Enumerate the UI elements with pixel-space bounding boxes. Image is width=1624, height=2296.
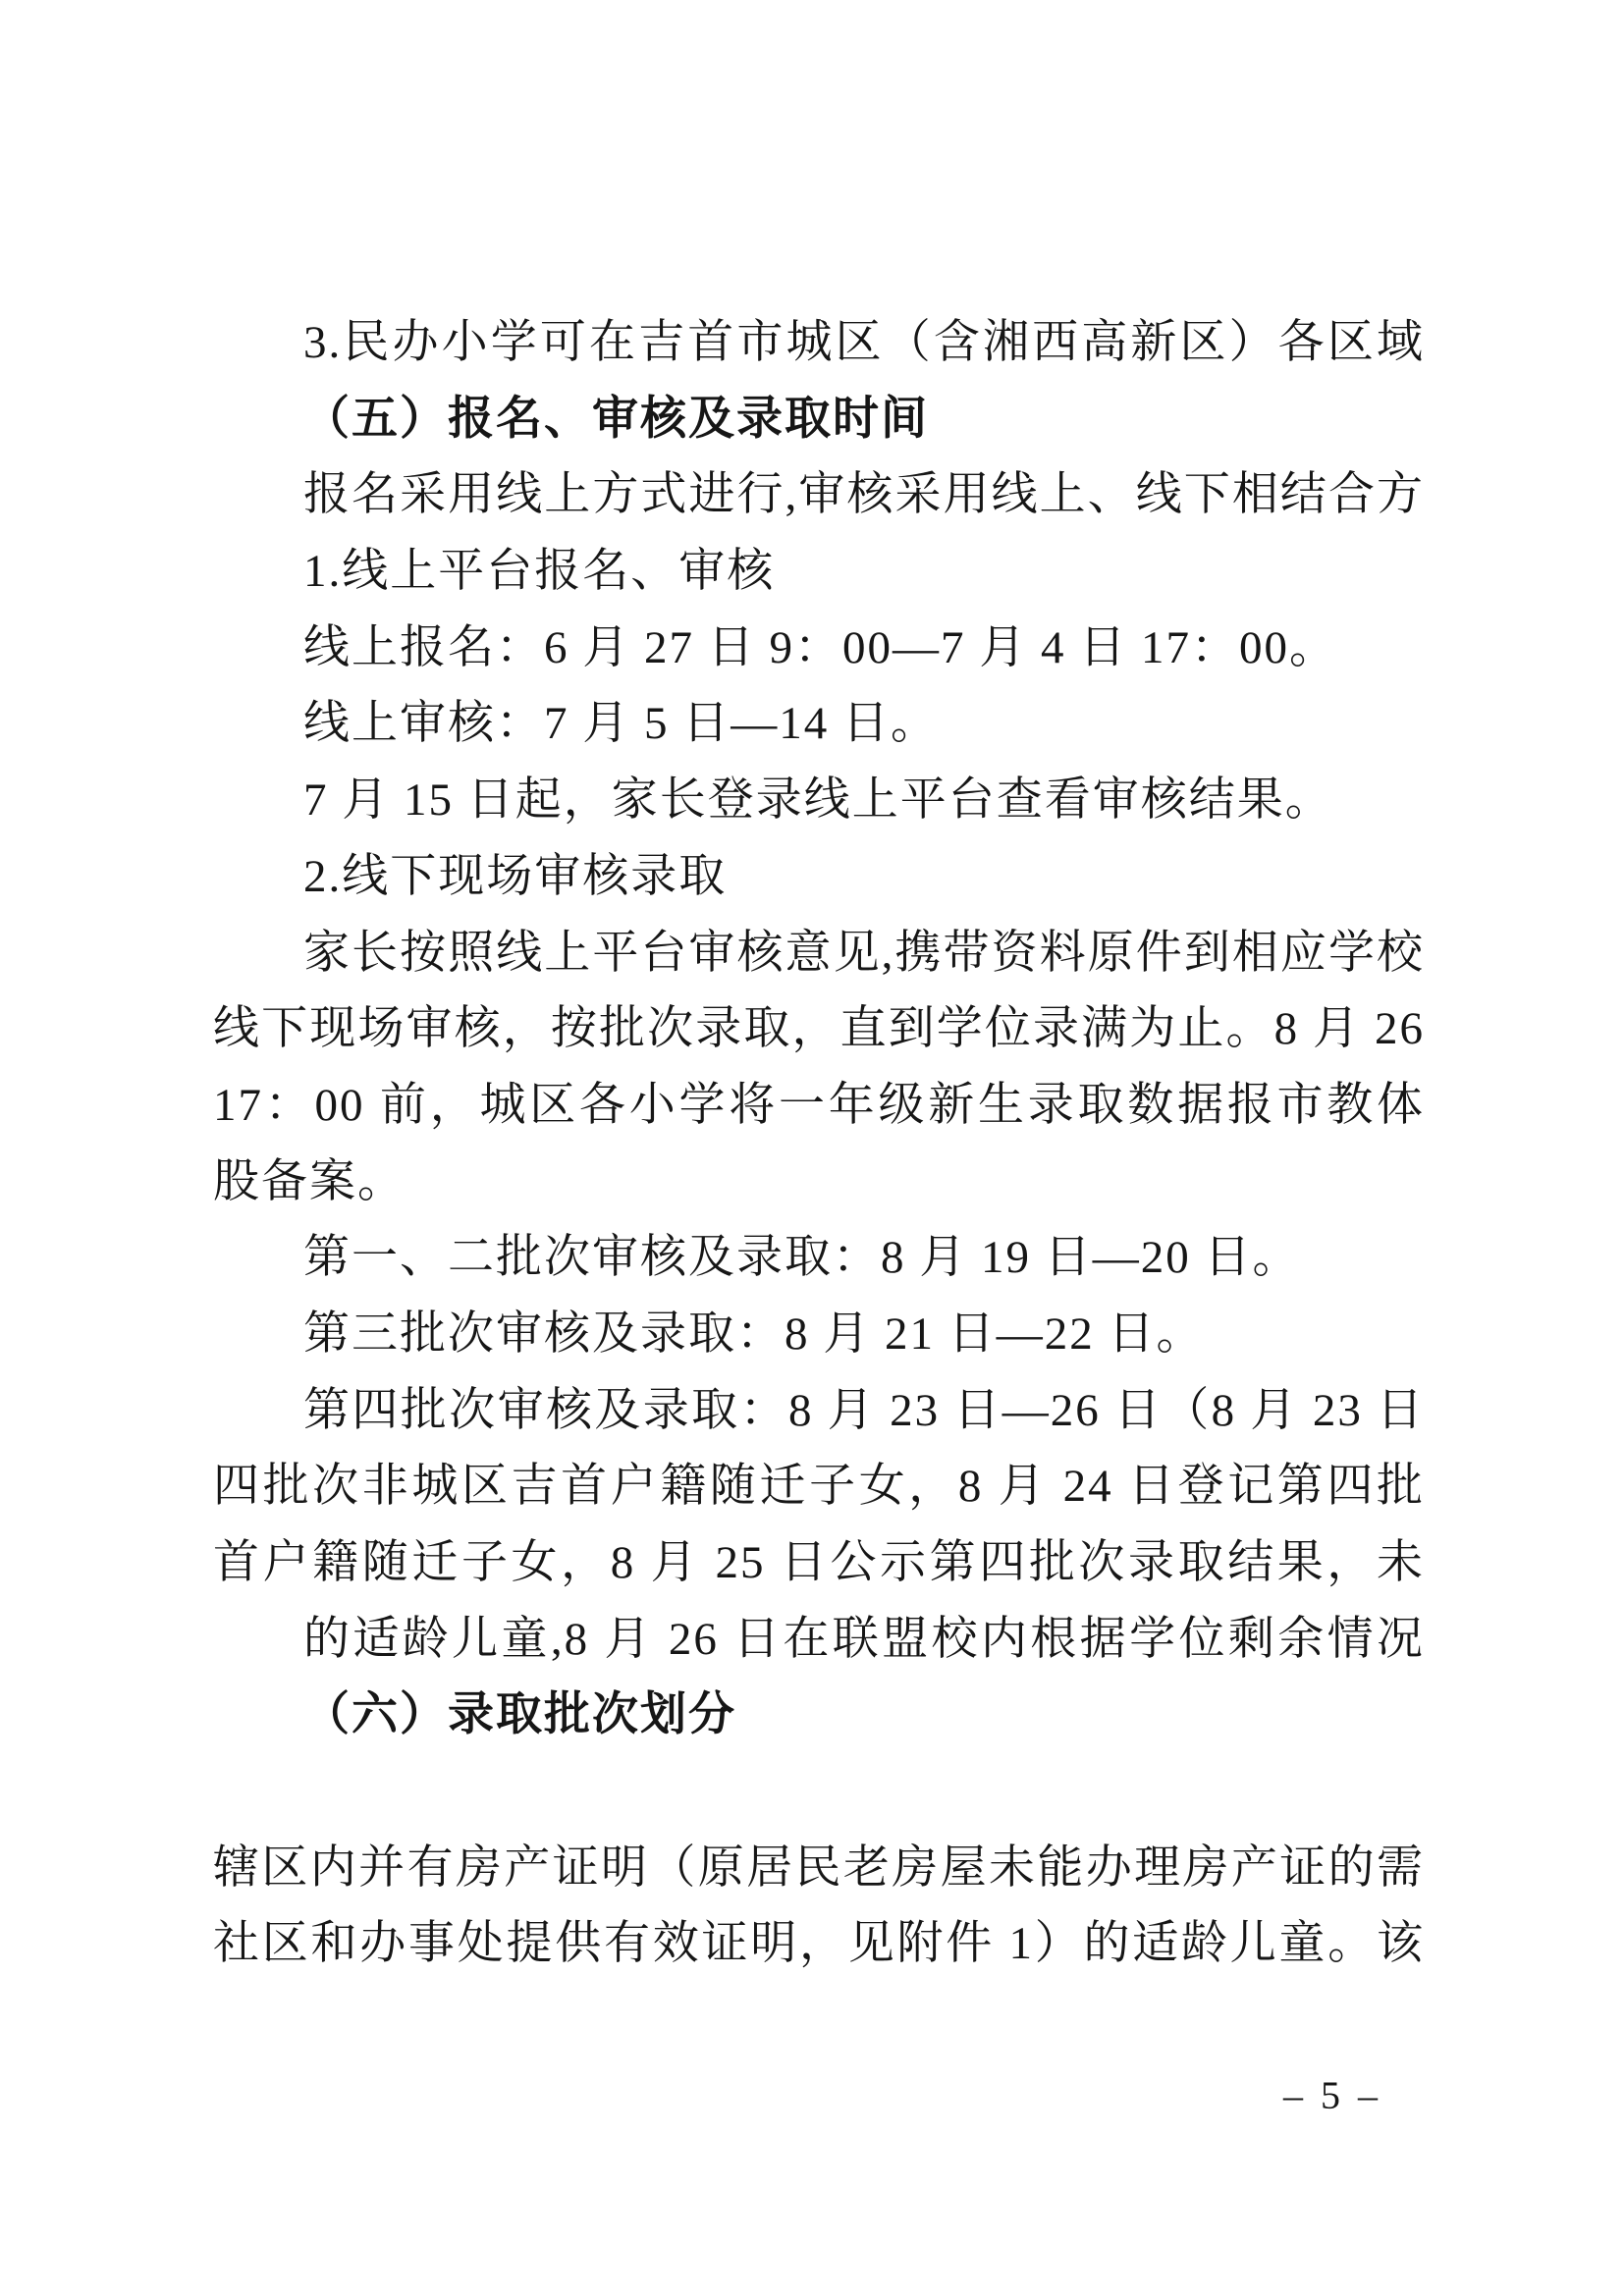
text-line-batch-4-dates-1: 第四批次审核及录取：8 月 23 日—26 日（8 月 23 日登记第 [213,1373,1425,1450]
text-line-private-school-note: 3.民办小学可在吉首市城区（含湘西高新区）各区域招生。 [213,305,1425,382]
subsection-heading-online-platform: 1.线上平台报名、审核 [213,534,1425,611]
document-body: 3.民办小学可在吉首市城区（含湘西高新区）各区域招生。 （五）报名、审核及录取时… [213,305,1425,1983]
text-line-parents-onsite-4: 股备案。 [213,1145,1425,1221]
text-line-parents-onsite-2: 线下现场审核，按批次录取，直到学位录满为止。8 月 26 日 [213,991,1425,1068]
text-line-batch-1-2-dates: 第一、二批次审核及录取：8 月 19 日—20 日。 [213,1220,1425,1297]
text-line-parents-onsite-1: 家长按照线上平台审核意见,携带资料原件到相应学校进行 [213,916,1425,992]
text-line-registration-method: 报名采用线上方式进行,审核采用线上、线下相结合方式进行。 [213,457,1425,534]
text-line-result-check: 7 月 15 日起，家长登录线上平台查看审核结果。 [213,763,1425,839]
text-line-batch-3-dates: 第三批次审核及录取：8 月 21 日—22 日。 [213,1297,1425,1373]
text-line-batch-4-dates-2: 四批次非城区吉首户籍随迁子女，8 月 24 日登记第四批次非吉 [213,1449,1425,1525]
text-line-first-batch-definition: 1.第一批次录取对象（有户有房）：辖区内户籍且居住地在 [213,1754,1425,1831]
text-line-first-batch-cont-2: 社区和办事处提供有效证明，见附件 1）的适龄儿童。该批次录 [213,1906,1425,1983]
subsection-heading-onsite-review: 2.线下现场审核录取 [213,839,1425,916]
section-heading-6: （六）录取批次划分 [213,1678,1425,1754]
text-line-online-review-dates: 线上审核：7 月 5 日—14 日。 [213,686,1425,763]
text-line-online-registration-dates: 线上报名：6 月 27 日 9：00—7 月 4 日 17：00。 [213,611,1425,687]
page-number: – 5 – [1249,2064,1416,2127]
text-line-batch-4-dates-4: 的适龄儿童,8 月 26 日在联盟校内根据学位剩余情况进行调剂）。 [213,1602,1425,1679]
text-line-batch-4-dates-3: 首户籍随迁子女，8 月 25 日公示第四批次录取结果，未被录取 [213,1525,1425,1602]
document-page: 3.民办小学可在吉首市城区（含湘西高新区）各区域招生。 （五）报名、审核及录取时… [0,0,1624,2296]
text-line-first-batch-cont-1: 辖区内并有房产证明（原居民老房屋未能办理房产证的需经所在 [213,1831,1425,1907]
section-heading-5: （五）报名、审核及录取时间 [213,382,1425,458]
text-line-parents-onsite-3: 17：00 前，城区各小学将一年级新生录取数据报市教体局基教 [213,1068,1425,1145]
